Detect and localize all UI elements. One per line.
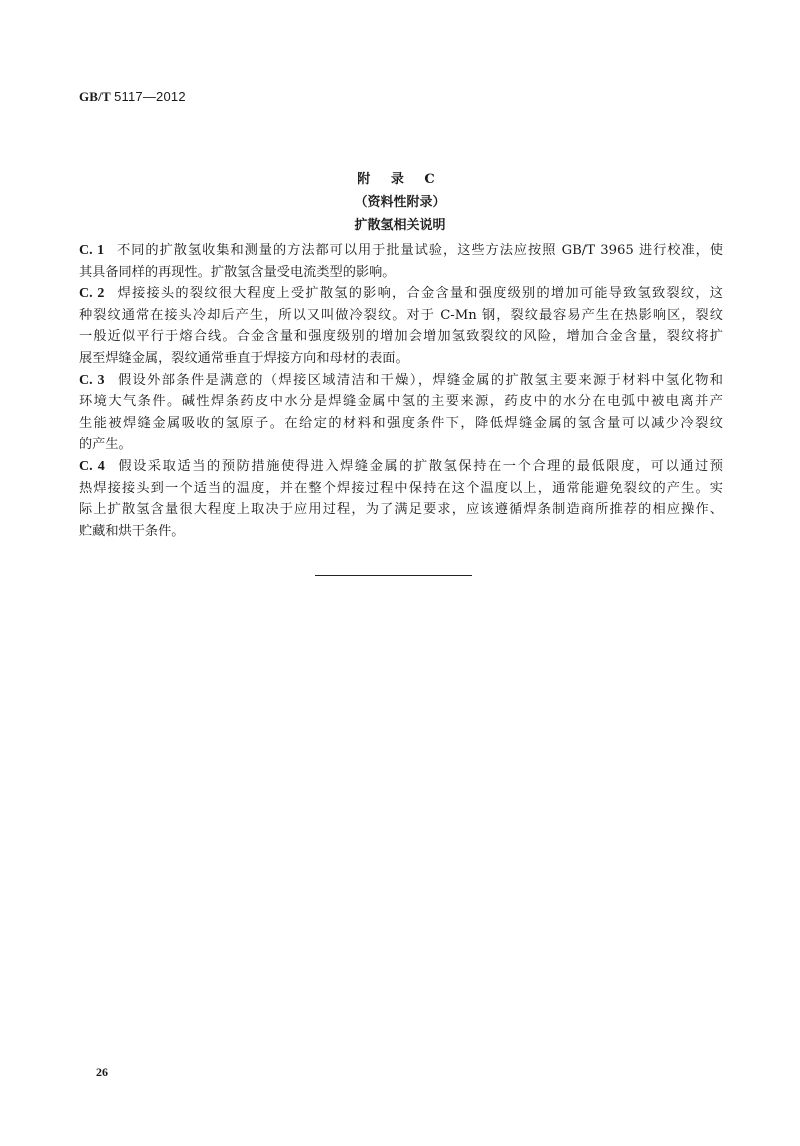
clause-line: C. 1不同的扩散氢收集和测量的方法都可以用于批量试验，这些方法应按照 GB/T… — [79, 240, 723, 262]
appendix-titles: 附 录 C （资料性附录） 扩散氢相关说明 — [0, 168, 800, 237]
standard-header: GB/T 5117—2012 — [79, 89, 186, 105]
clause-text: 际上扩散氢含量很大程度上取决于应用过程，为了满足要求，应该遵循焊条制造商所推荐的… — [79, 502, 723, 517]
clause-line: 的产生。 — [79, 434, 723, 456]
clause-text: 一般近似平行于熔合线。合金含量和强度级别的增加会增加氢致裂纹的风险，增加合金含量… — [79, 329, 723, 344]
clause-text: 展至焊缝金属，裂纹通常垂直于焊接方向和母材的表面。 — [79, 351, 409, 366]
clause-text: 热焊接接头到一个适当的温度，并在整个焊接过程中保持在这个温度以上，通常能避免裂纹… — [79, 481, 723, 496]
clause-text: 其具备同样的再现性。扩散氢含量受电流类型的影响。 — [79, 265, 396, 280]
clause-line: 种裂纹通常在接头冷却后产生，所以又叫做冷裂纹。对于 C-Mn 钢，裂纹最容易产生… — [79, 305, 723, 327]
clause-number: C. 4 — [79, 459, 105, 474]
clause-text: 焊接接头的裂纹很大程度上受扩散氢的影响，合金含量和强度级别的增加可能导致氢致裂纹… — [116, 286, 723, 301]
clause-line: 际上扩散氢含量很大程度上取决于应用过程，为了满足要求，应该遵循焊条制造商所推荐的… — [79, 499, 723, 521]
document-body: C. 1不同的扩散氢收集和测量的方法都可以用于批量试验，这些方法应按照 GB/T… — [79, 240, 723, 542]
clause-line: 环境大气条件。碱性焊条药皮中水分是焊缝金属中氢的主要来源，药皮中的水分在电弧中被… — [79, 391, 723, 413]
standard-code: GB/T — [79, 89, 111, 104]
clause-text: 种裂纹通常在接头冷却后产生，所以又叫做冷裂纹。对于 C-Mn 钢，裂纹最容易产生… — [79, 308, 723, 323]
clause-line: C. 2焊接接头的裂纹很大程度上受扩散氢的影响，合金含量和强度级别的增加可能导致… — [79, 283, 723, 305]
clause-text: 贮藏和烘干条件。 — [79, 524, 185, 539]
clause-line: 生能被焊缝金属吸收的氢原子。在给定的材料和强度条件下，降低焊缝金属的氢含量可以减… — [79, 413, 723, 435]
clause-line: C. 3假设外部条件是满意的（焊接区域清洁和干燥），焊缝金属的扩散氢主要来源于材… — [79, 370, 723, 392]
end-rule-divider — [315, 575, 472, 576]
clause-line: 一般近似平行于熔合线。合金含量和强度级别的增加会增加氢致裂纹的风险，增加合金含量… — [79, 326, 723, 348]
clause-number: C. 2 — [79, 286, 104, 301]
standard-number: 5117—2012 — [114, 89, 186, 104]
page-number: 26 — [96, 1065, 108, 1080]
clause-number: C. 3 — [79, 373, 105, 388]
clause-text: 生能被焊缝金属吸收的氢原子。在给定的材料和强度条件下，降低焊缝金属的氢含量可以减… — [79, 416, 723, 431]
clause-text: 环境大气条件。碱性焊条药皮中水分是焊缝金属中氢的主要来源，药皮中的水分在电弧中被… — [79, 394, 723, 409]
clause-line: 贮藏和烘干条件。 — [79, 521, 723, 543]
clause-line: 热焊接接头到一个适当的温度，并在整个焊接过程中保持在这个温度以上，通常能避免裂纹… — [79, 478, 723, 500]
clause-line: C. 4假设采取适当的预防措施使得进入焊缝金属的扩散氢保持在一个合理的最低限度，… — [79, 456, 723, 478]
clause-line: 展至焊缝金属，裂纹通常垂直于焊接方向和母材的表面。 — [79, 348, 723, 370]
clause-text: 假设外部条件是满意的（焊接区域清洁和干燥），焊缝金属的扩散氢主要来源于材料中氢化… — [117, 373, 723, 388]
appendix-type: （资料性附录） — [0, 191, 800, 214]
clause-line: 其具备同样的再现性。扩散氢含量受电流类型的影响。 — [79, 262, 723, 284]
clause-text: 假设采取适当的预防措施使得进入焊缝金属的扩散氢保持在一个合理的最低限度，可以通过… — [117, 459, 723, 474]
clause-text: 不同的扩散氢收集和测量的方法都可以用于批量试验，这些方法应按照 GB/T 396… — [116, 243, 723, 258]
clause-text: 的产生。 — [79, 437, 132, 452]
appendix-subject: 扩散氢相关说明 — [0, 214, 800, 237]
clause-number: C. 1 — [79, 243, 104, 258]
appendix-title: 附 录 C — [0, 168, 800, 191]
